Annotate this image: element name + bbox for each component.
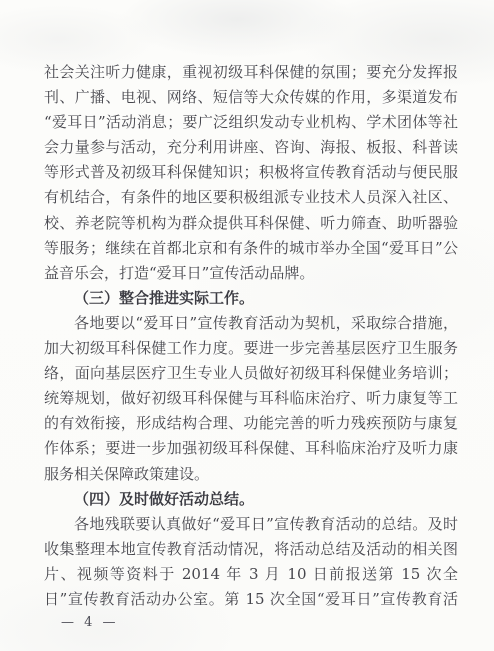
section-heading-line: （四）及时做好活动总结。 (44, 487, 458, 512)
text-line: 社会关注听力健康，重视初级耳科保健的氛围；要充分发挥报 (44, 60, 458, 85)
text-line: 刊、广播、电视、网络、短信等大众传媒的作用，多渠道发布 (44, 85, 458, 110)
text-line: 各地残联要认真做好“爱耳日”宣传教育活动的总结。及时 (44, 512, 458, 537)
text-line: 等形式普及初级耳科保健知识；积极将宣传教育活动与便民服务 (44, 160, 458, 185)
text-line: 会力量参与活动，充分利用讲座、咨询、海报、板报、科普读物 (44, 135, 458, 160)
text-line: 收集整理本地宣传教育活动情况，将活动总结及活动的相关图 (44, 537, 458, 562)
document-body-text: 社会关注听力健康，重视初级耳科保健的氛围；要充分发挥报刊、广播、电视、网络、短信… (44, 60, 458, 612)
text-line: 日”宣传教育活动办公室。第 15 次全国“爱耳日”宣传教育活 (44, 587, 458, 612)
scanned-document-page: 社会关注听力健康，重视初级耳科保健的氛围；要充分发挥报刊、广播、电视、网络、短信… (0, 0, 494, 651)
text-line: 片、视频等资料于 2014 年 3 月 10 日前报送第 15 次全国“爱耳 (44, 562, 458, 587)
text-line: 有机结合，有条件的地区要积极组派专业技术人员深入社区、学 (44, 185, 458, 210)
text-line: 等服务；继续在首都北京和有条件的城市举办全国“爱耳日”公 (44, 236, 458, 261)
text-line: 统筹规划，做好初级耳科保健与耳科临床治疗、听力康复等工作 (44, 386, 458, 411)
text-line: 络，面向基层医疗卫生专业人员做好初级耳科保健业务培训；要 (44, 361, 458, 386)
text-line: 益音乐会，打造“爱耳日”宣传活动品牌。 (44, 261, 458, 286)
page-number: — 4 — (61, 614, 119, 632)
section-heading-line: （三）整合推进实际工作。 (44, 286, 458, 311)
text-line: 校、养老院等机构为群众提供耳科保健、听力筛查、助听器验配 (44, 211, 458, 236)
text-line: 各地要以“爱耳日”宣传教育活动为契机，采取综合措施， (44, 311, 458, 336)
text-line: 作体系；要进一步加强初级耳科保健、耳科临床治疗及听力康复 (44, 436, 458, 461)
text-line: 的有效衔接，形成结构合理、功能完善的听力残疾预防与康复工 (44, 411, 458, 436)
text-line: “爱耳日”活动消息；要广泛组织发动专业机构、学术团体等社 (44, 110, 458, 135)
text-line: 服务相关保障政策建设。 (44, 462, 458, 487)
text-line: 加大初级耳科保健工作力度。要进一步完善基层医疗卫生服务网 (44, 336, 458, 361)
